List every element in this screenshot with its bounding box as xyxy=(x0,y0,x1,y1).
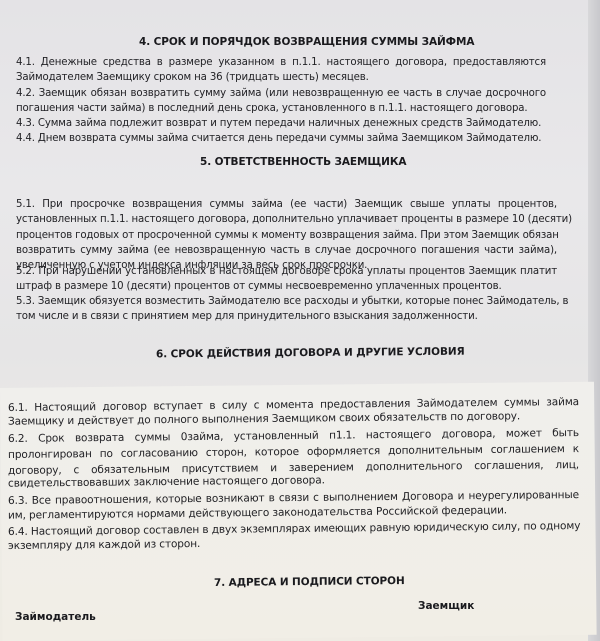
signature-borrower-label: Заемщик xyxy=(418,600,474,612)
clause-4-3: 4.3. Сумма займа подлежит возврат и путе… xyxy=(16,118,541,129)
clause-5-1-line-1: 5.1. При просрочке возвращения суммы зай… xyxy=(16,199,557,210)
clause-5-1-line-4: возвратить сумму займа (ее невозвращенну… xyxy=(16,245,557,256)
clause-5-1-line-3: процентов годовых от просроченной суммы … xyxy=(16,230,557,241)
clause-6-4-line-2: экземпляру для каждой из сторон. xyxy=(8,538,200,552)
section-7-title: 7. АДРЕСА И ПОДПИСИ СТОРОН xyxy=(214,575,405,589)
clause-4-2-line-2: погашения части займа) в последний день … xyxy=(16,103,527,114)
section-5-title: 5. ОТВЕТСТВЕННОСТЬ ЗАЕМЩИКА xyxy=(200,156,406,168)
section-4-title: 4. СРОК И ПОРЯЧДОК ВОЗВРАЩЕНИЯ СУММЫ ЗАЙ… xyxy=(139,36,474,48)
clause-4-1-line-2: Займодателем Заемщику сроком на 36 (трид… xyxy=(16,72,369,83)
clause-5-2-line-2: штраф в размере 10 (десяти) процентов от… xyxy=(16,281,502,292)
clause-4-2-line-1: 4.2. Заемщик обязан возвратить сумму зай… xyxy=(16,88,546,99)
clause-4-4: 4.4. Днем возврата суммы займа считается… xyxy=(16,133,541,144)
clause-5-3-line-1: 5.3. Заемщик обязуется возместить Займод… xyxy=(16,296,564,307)
clause-4-1-line-1: 4.1. Денежные средства в размере указанн… xyxy=(16,57,546,68)
signature-lender-label: Займодатель xyxy=(15,611,96,623)
clause-5-3-line-2: том числе и в связи с принятием мер для … xyxy=(16,311,478,322)
clause-5-2-line-1: 5.2. При нарушении установленных в насто… xyxy=(16,266,557,277)
clause-5-1-line-2: установленных п.1.1. настоящего договора… xyxy=(16,214,557,225)
